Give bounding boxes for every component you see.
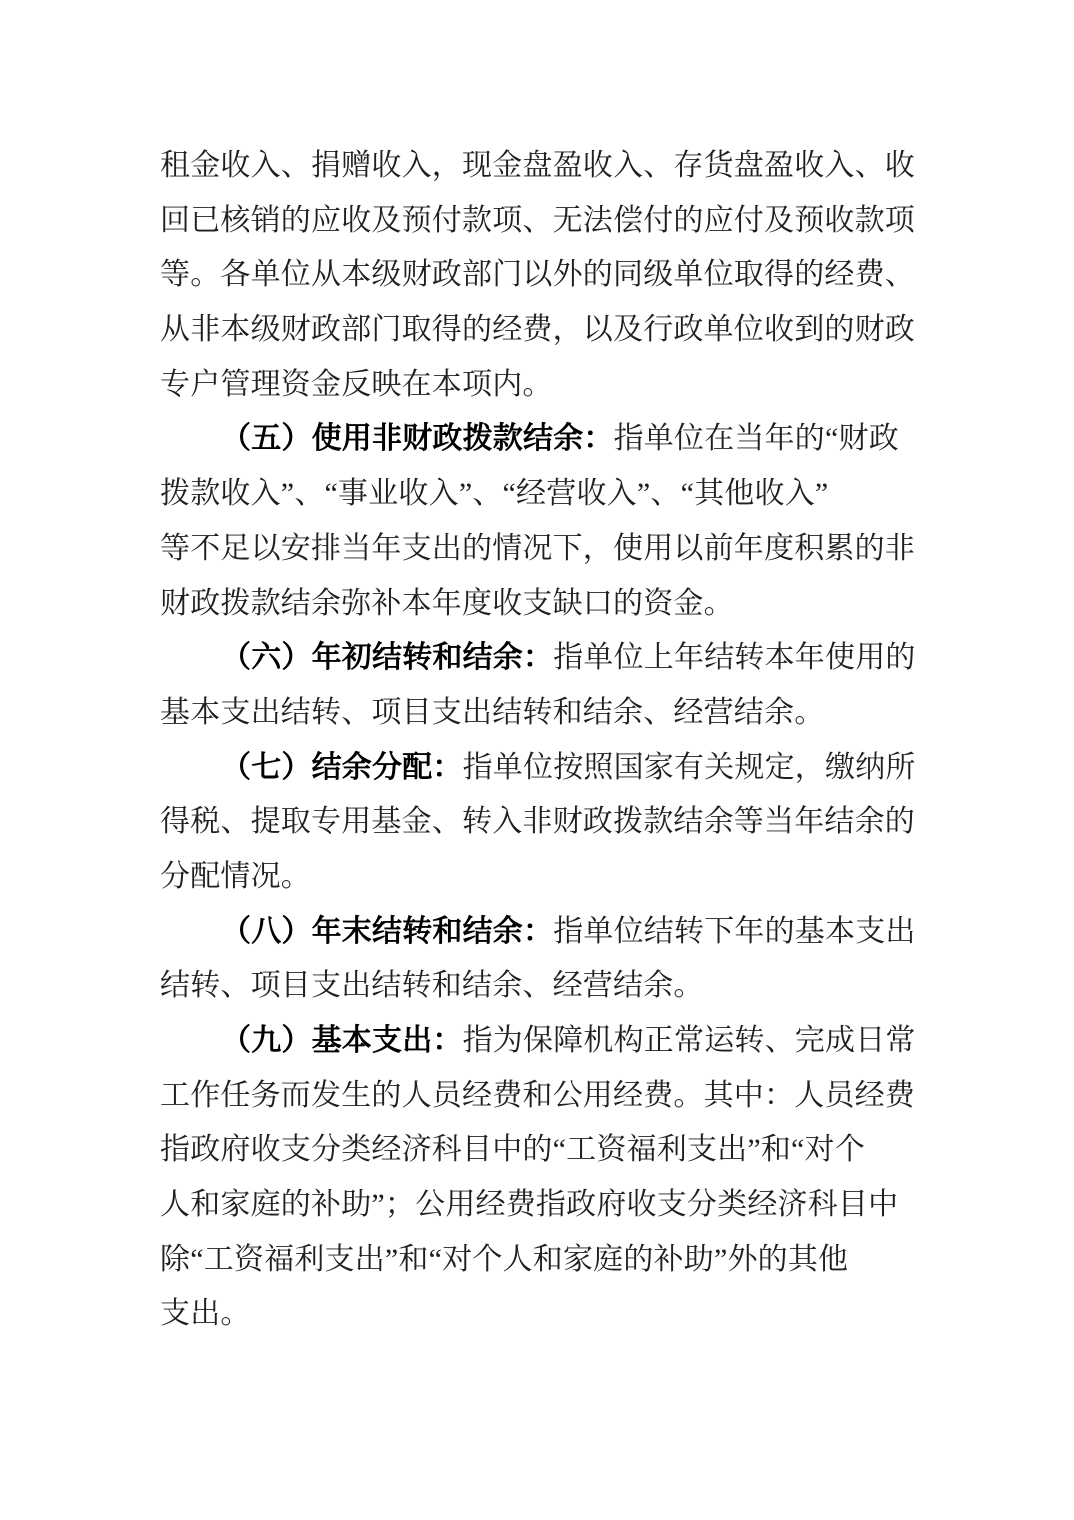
section-heading: （五）使用非财政拨款结余：: [221, 422, 614, 455]
section-heading: （七）结余分配：: [221, 751, 463, 784]
text-line: 拨款收入”、“事业收入”、“经营收入”、“其他收入”: [160, 467, 950, 522]
text-line: （九）基本支出：指为保障机构正常运转、完成日常: [160, 1014, 950, 1069]
text-line: 回已核销的应收及预付款项、无法偿付的应付及预收款项: [160, 194, 950, 249]
text-line: 人和家庭的补助”；公用经费指政府收支分类经济科目中: [160, 1178, 950, 1233]
text-line: 分配情况。: [160, 850, 950, 905]
text-line: 基本支出结转、项目支出结转和结余、经营结余。: [160, 686, 950, 741]
text-line: 等不足以安排当年支出的情况下，使用以前年度积累的非: [160, 522, 950, 577]
text-line: （八）年末结转和结余：指单位结转下年的基本支出: [160, 905, 950, 960]
text-line: （五）使用非财政拨款结余：指单位在当年的“财政: [160, 412, 950, 467]
text-line: 从非本级财政部门取得的经费，以及行政单位收到的财政: [160, 303, 950, 358]
document-page: 租金收入、捐赠收入，现金盘盈收入、存货盘盈收入、收回已核销的应收及预付款项、无法…: [0, 0, 1074, 1520]
text-line: 指政府收支分类经济科目中的“工资福利支出”和“对个: [160, 1123, 950, 1178]
text-line: （六）年初结转和结余：指单位上年结转本年使用的: [160, 631, 950, 686]
section-heading: （八）年末结转和结余：: [221, 915, 553, 948]
text-line: 财政拨款结余弥补本年度收支缺口的资金。: [160, 577, 950, 632]
text-line: 租金收入、捐赠收入，现金盘盈收入、存货盘盈收入、收: [160, 139, 950, 194]
text-line: 结转、项目支出结转和结余、经营结余。: [160, 959, 950, 1014]
text-line: 工作任务而发生的人员经费和公用经费。其中：人员经费: [160, 1069, 950, 1124]
text-line: 专户管理资金反映在本项内。: [160, 358, 950, 413]
text-line: 除“工资福利支出”和“对个人和家庭的补助”外的其他: [160, 1233, 950, 1288]
text-line: 等。各单位从本级财政部门以外的同级单位取得的经费、: [160, 248, 950, 303]
text-line: 支出。: [160, 1287, 950, 1342]
document-text-column: 租金收入、捐赠收入，现金盘盈收入、存货盘盈收入、收回已核销的应收及预付款项、无法…: [160, 139, 950, 1342]
text-line: （七）结余分配：指单位按照国家有关规定，缴纳所: [160, 741, 950, 796]
text-line: 得税、提取专用基金、转入非财政拨款结余等当年结余的: [160, 795, 950, 850]
section-heading: （六）年初结转和结余：: [221, 641, 553, 674]
section-heading: （九）基本支出：: [221, 1024, 463, 1057]
